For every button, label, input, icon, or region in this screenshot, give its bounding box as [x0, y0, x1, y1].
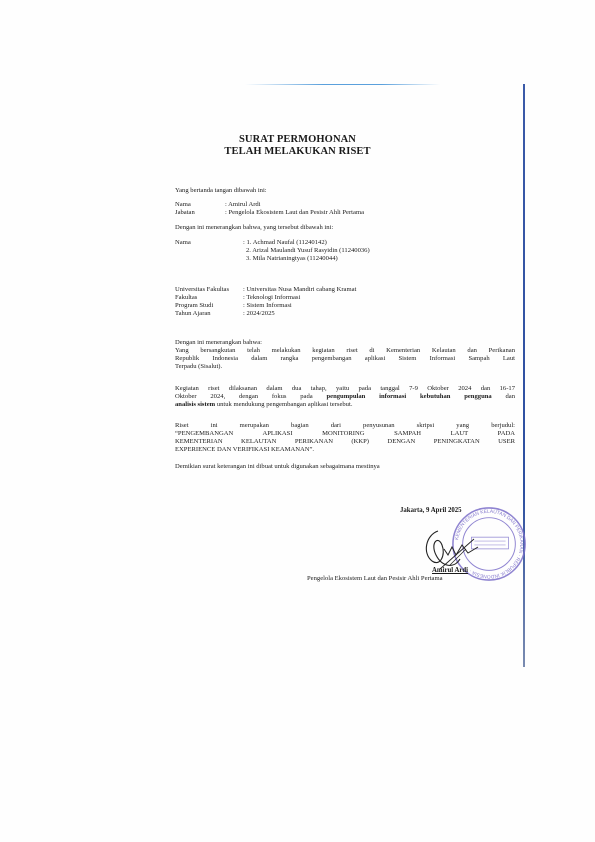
students-label: Nama [175, 239, 191, 247]
student-3: 3. Mila Natrianingtyas (11240044) [246, 255, 338, 263]
signer-name-label: Nama [175, 201, 191, 209]
paragraph-2-text-a: Oktober 2024, dengan fokus pada [175, 393, 327, 400]
academic-label-program: Program Studi [175, 302, 213, 310]
paragraph-1-line-2: Republik Indonesia dalam rangka pengemba… [175, 355, 515, 363]
student-2: 2. Arizal Maulandi Yusuf Rasyidin (11240… [246, 247, 370, 255]
paragraph-2-line-3: analisis sistem untuk mendukung pengemba… [175, 401, 515, 409]
paragraph-2-bold-b: analisis sistem [175, 401, 215, 408]
paragraph-2-text-b: dan [492, 393, 515, 400]
signer-position-label: Jabatan [175, 209, 195, 217]
signer-name-value: : Amirul Ardi [225, 201, 261, 209]
paragraph-2-bold-a: pengumpulan informasi kebutuhan pengguna [327, 393, 492, 400]
academic-label-university: Universitas Fakultas [175, 286, 229, 294]
statement-1: Dengan ini menerangkan bahwa, yang terse… [175, 224, 333, 232]
academic-value-faculty: : Teknologi Informasi [243, 294, 300, 302]
paragraph-3-line-3: KEMENTERIAN KELAUTAN PERIKANAN (KKP) DEN… [175, 438, 515, 446]
intro-text: Yang bertanda tangan dibawah ini: [175, 187, 267, 195]
paragraph-2-text-c: untuk mendukung pengembangan aplikasi te… [215, 401, 352, 408]
document-title-line1: SURAT PERMOHONAN [0, 134, 595, 146]
paragraph-1-line-3: Terpadu (Sisalut). [175, 363, 515, 371]
paragraph-3-line-4: EXPERIENCE DAN VERIFIKASI KEAMANAN”. [175, 446, 515, 454]
signatory-role: Pengelola Ekosistem Laut dan Pesisir Ahl… [307, 575, 443, 582]
academic-label-year: Tahun Ajaran [175, 310, 211, 318]
paragraph-3-line-2: “PENGEMBANGAN APLIKASI MONITORING SAMPAH… [175, 430, 515, 438]
paragraph-2-line-1: Kegiatan riset dilaksanan dalam dua taha… [175, 385, 515, 393]
top-decorative-rule [245, 84, 440, 85]
academic-value-program: : Sistem Informasi [243, 302, 292, 310]
academic-value-university: : Universitas Nusa Mandiri cabang Kramat [243, 286, 356, 294]
paragraph-3-line-1: Riset ini merupakan bagian dari penyusun… [175, 422, 515, 430]
paragraph-2-line-2: Oktober 2024, dengan fokus pada pengumpu… [175, 393, 515, 401]
signer-position-value: : Pengelola Ekosistem Laut dan Pesisir A… [225, 209, 364, 217]
document-page: SURAT PERMOHONAN TELAH MELAKUKAN RISET Y… [0, 0, 595, 842]
document-title-line2: TELAH MELAKUKAN RISET [0, 146, 595, 158]
paragraph-1-line-1: Yang bersangkutan telah melakukan kegiat… [175, 347, 515, 355]
academic-label-faculty: Fakultas [175, 294, 197, 302]
academic-value-year: : 2024/2025 [243, 310, 275, 318]
signatory-name: Amirul Ardi [432, 567, 468, 574]
statement-2: Dengan ini menerangkan bahwa: [175, 339, 262, 347]
closing-text: Demikian surat keterangan ini dibuat unt… [175, 463, 380, 471]
student-1: : 1. Achmad Naufal (11240142) [243, 239, 327, 247]
